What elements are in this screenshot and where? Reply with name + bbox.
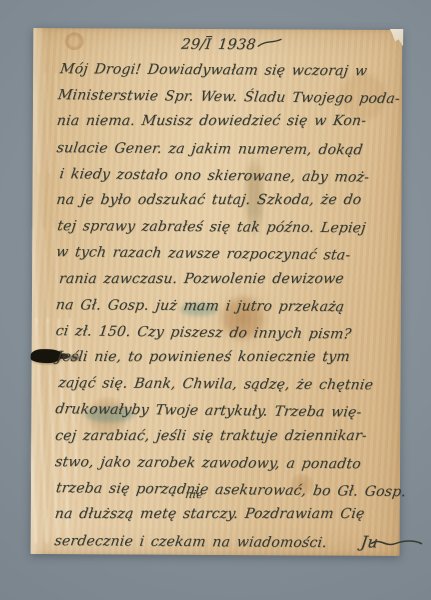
letter-line-15: cej zarabiać, jeśli się traktuje dzienni… [54, 423, 427, 449]
date-day: 29 [180, 37, 201, 53]
signature-flourish-icon [369, 537, 425, 549]
letter-line-18-text: na dłuższą metę starczy. Pozdrawiam Cię [54, 506, 366, 522]
letter-line-3: nia niema. Musisz dowiedzieć się w Kon- [55, 109, 428, 135]
letter-line-7: tej sprawy zabrałeś się tak późno. Lepie… [56, 213, 428, 242]
letter-line-9: rania zawczasu. Pozwolenie dewizowe [57, 266, 427, 292]
paper-edge-highlight [31, 28, 47, 554]
letter-line-19-text: serdecznie i czekam na wiadomości. [54, 534, 328, 552]
letter-line-12: Jeśli nie, to powinieneś koniecznie tym [55, 344, 427, 370]
inserted-word: nie [185, 489, 204, 500]
letter-line-19: serdecznie i czekam na wiadomości.Ju [53, 528, 426, 557]
letter-line-10: na Gł. Gosp. już mam i jutro przekażą [54, 292, 427, 321]
letter-line-13: zająć się. Bank, Chwila, sądzę, że chętn… [57, 370, 427, 399]
date-month-roman: I [204, 37, 212, 53]
handwritten-letter-card: 29/I 1938 Mój Drogi! Dowiadywałam się wc… [31, 28, 403, 556]
letter-line-1: Mój Drogi! Dowiadywałam się wczoraj w [58, 56, 428, 85]
letter-line-4: sulacie Gener. za jakim numerem, dokąd [55, 135, 428, 164]
letter-text: 29/I 1938 Mój Drogi! Dowiadywałam się wc… [55, 33, 427, 555]
letter-date: 29/I 1938 [180, 34, 428, 58]
letter-line-16: stwo, jako zarobek zawodowy, a ponadto [53, 449, 426, 478]
date-flourish-icon [258, 38, 283, 47]
signature: Ju [359, 530, 426, 557]
letter-line-6: na je było odszukać tutaj. Szkoda, że do [55, 187, 428, 213]
photo-background: 29/I 1938 Mój Drogi! Dowiadywałam się wc… [0, 0, 431, 600]
letter-line-18: niena dłuższą metę starczy. Pozdrawiam C… [53, 501, 426, 527]
date-year: 1938 [217, 37, 256, 53]
